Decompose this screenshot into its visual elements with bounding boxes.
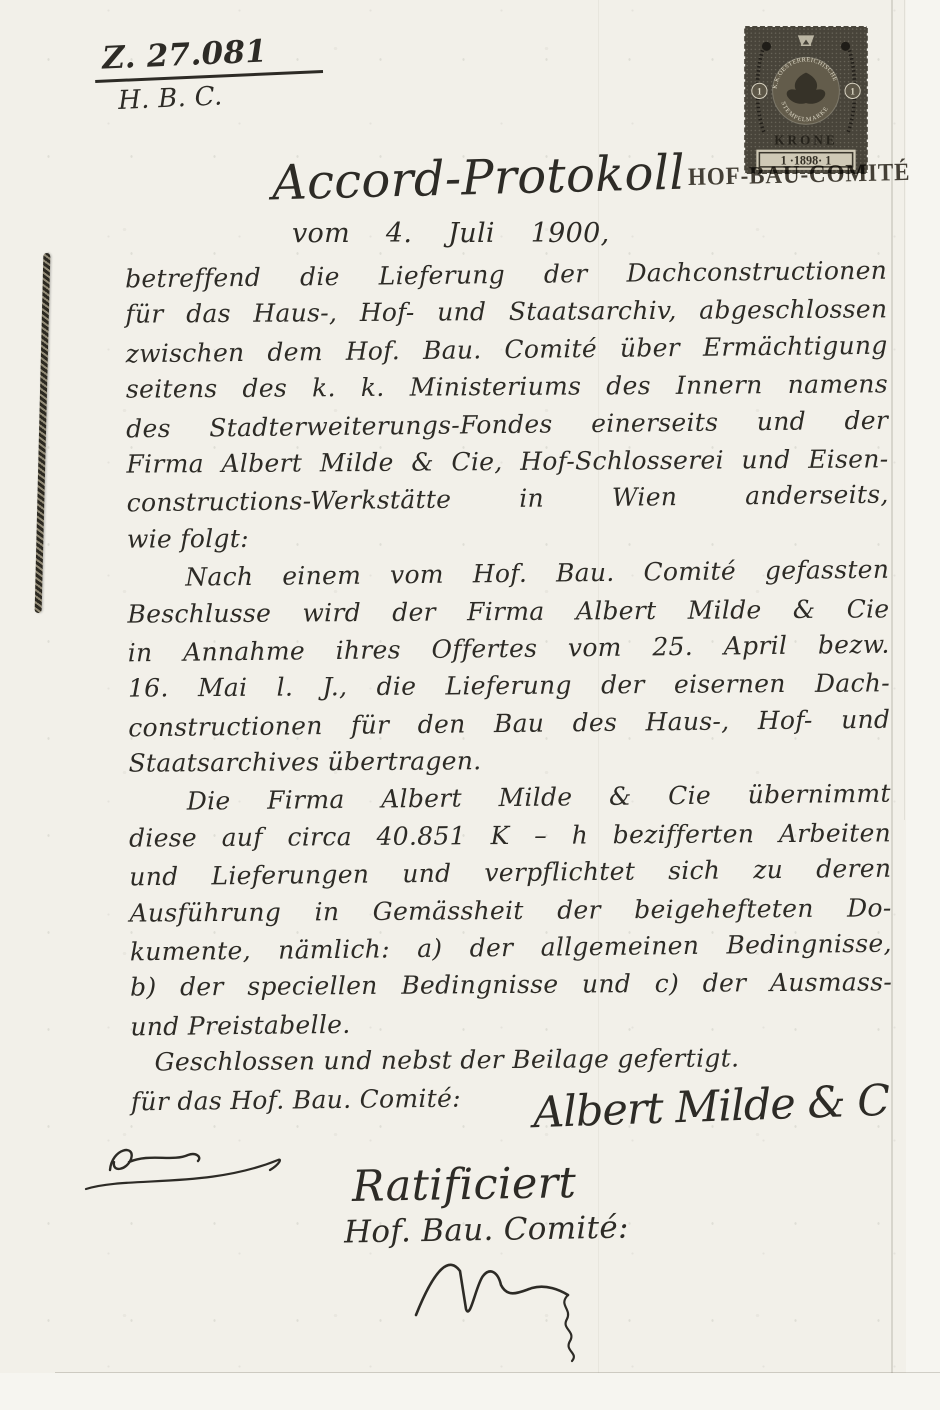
rubber-stamp-hof-bau-comite: HOF-BAU-COMITÉ [688, 159, 911, 192]
scan-margin-bottom [0, 1373, 940, 1410]
ratification-label: Ratificiert [352, 1158, 577, 1212]
paraph-signature [82, 1132, 292, 1202]
stamp-value-right: 1 [850, 86, 855, 96]
manuscript-line: seitens des k. k. Ministeriums des Inner… [126, 366, 888, 409]
werner-signature [408, 1243, 628, 1368]
document-page: Z. 27.081 H. B. C. K.K.OESTERREICHISCHE … [0, 0, 940, 1410]
stamp-rosette [762, 42, 771, 51]
reference-number: Z. 27.081 H. B. C. [93, 31, 324, 117]
page-edge-line-2 [904, 0, 905, 820]
stamp-value-left: 1 [757, 86, 762, 96]
page-edge-line [891, 0, 893, 1410]
manuscript-line: 16. Mai l. J., die Lieferung der eiserne… [128, 665, 890, 708]
stamp-rosette [841, 42, 850, 51]
manuscript-body: betreffend die Lieferung der Dachconstru… [125, 253, 893, 1118]
revenue-stamp: K.K.OESTERREICHISCHE STEMPELMARKE 1 1 KR… [742, 24, 870, 176]
scan-margin [906, 0, 940, 1410]
binding-cord [35, 253, 51, 613]
stamp-denomination: KRONE [774, 133, 837, 148]
document-title: Accord-Protokoll [271, 145, 685, 212]
date-line: vom 4. Juli 1900, [292, 218, 610, 249]
manuscript-line: Geschlossen und nebst der Beilage gefert… [130, 1039, 892, 1082]
